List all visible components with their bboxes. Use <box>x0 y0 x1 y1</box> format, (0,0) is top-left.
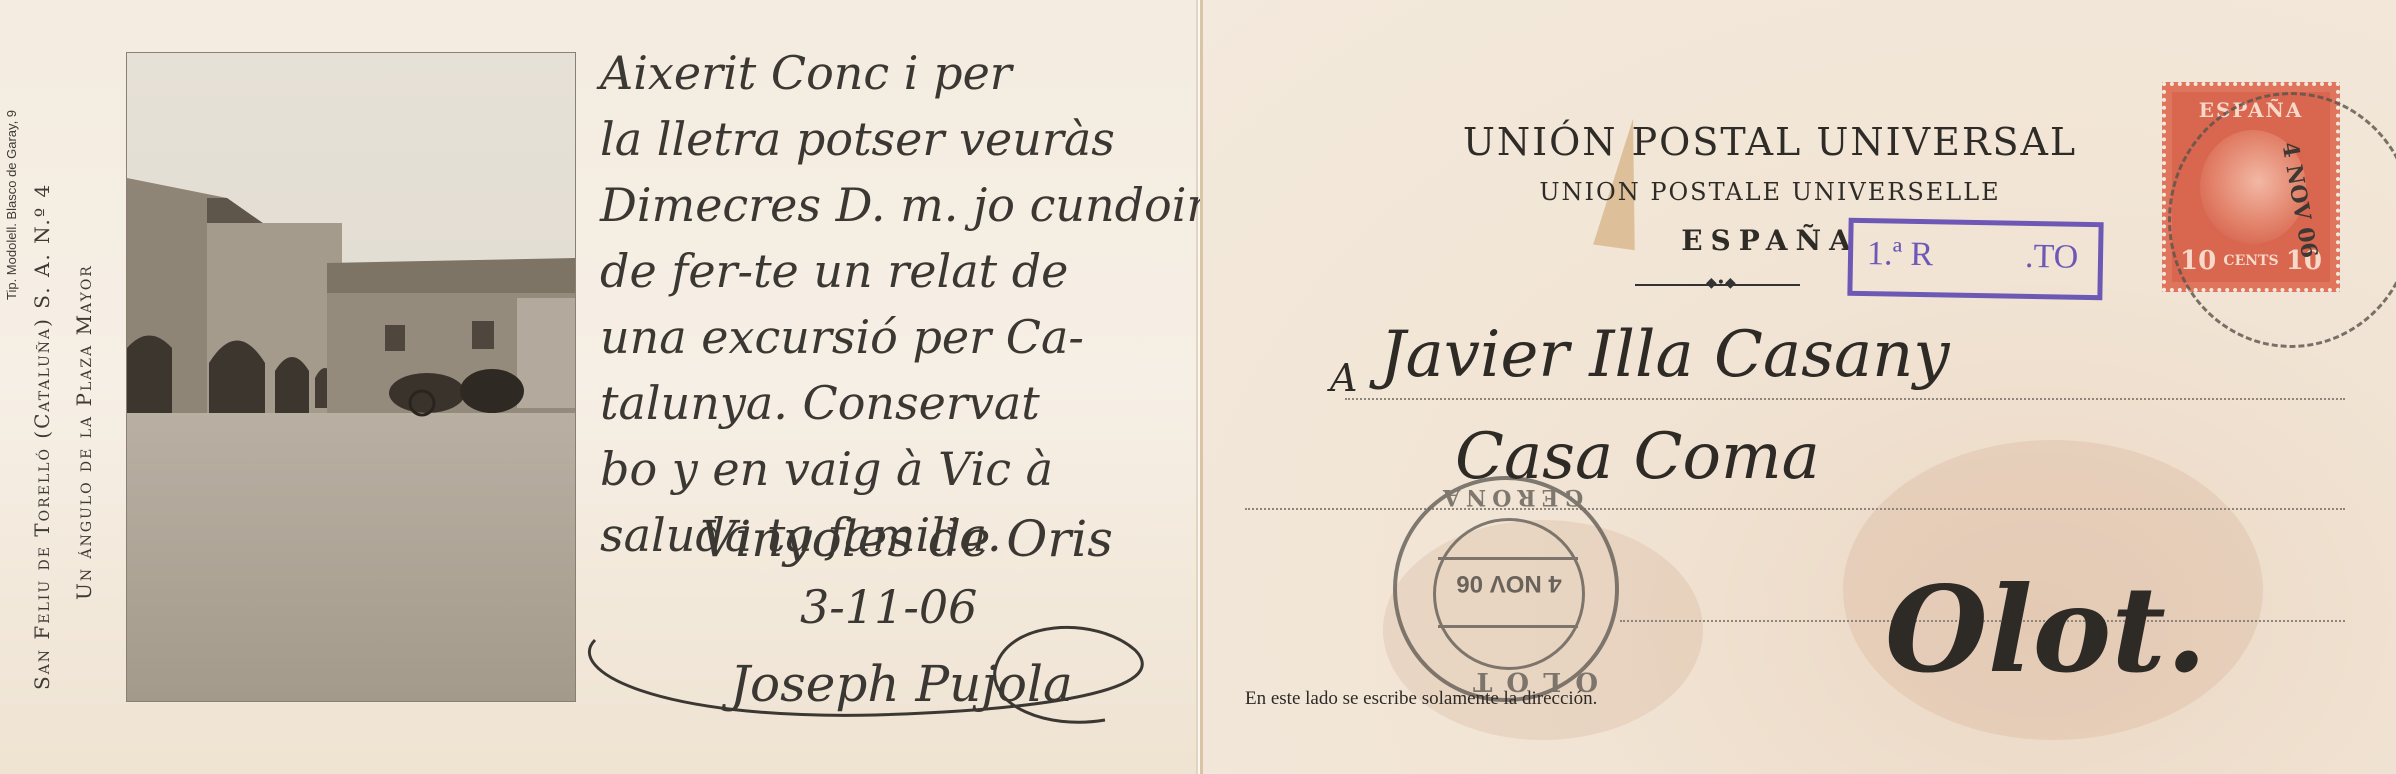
message-line: bo y en vaig à Vic à <box>600 436 1208 502</box>
postcard-front: Tip. Modolell. Blasco de Garay, 9 San Fe… <box>0 0 1198 774</box>
message-line: Dimecres D. m. jo cundoir <box>600 172 1208 238</box>
postmark-bar <box>1438 557 1578 560</box>
message-line: la lletra potser veuràs <box>600 106 1208 172</box>
message-line: talunya. Conservat <box>600 370 1208 436</box>
address-side-notice: En este lado se escribe solamente la dir… <box>1245 688 1597 710</box>
header-upu-french: UNION POSTALE UNIVERSELLE <box>1420 178 2120 206</box>
caption-strip: Tip. Modolell. Blasco de Garay, 9 San Fe… <box>0 0 110 774</box>
handwritten-place: Vinyoles de Oris <box>700 510 1113 568</box>
caption-title: Un ángulo de la Plaza Mayor <box>72 264 96 600</box>
message-line: de fer-te un relat de <box>600 238 1208 304</box>
address-line <box>1245 508 2345 510</box>
handwritten-message: Aixerit Conc i per la lletra potser veur… <box>600 40 1208 568</box>
photo-image-icon <box>127 53 575 701</box>
registration-right-text: .TO <box>2025 238 2079 277</box>
printer-credit: Tip. Modolell. Blasco de Garay, 9 <box>4 110 19 300</box>
caption-location: San Feliu de Torelló (Cataluña) S. A. N.… <box>30 183 54 690</box>
address-prefix: A <box>1330 356 1357 400</box>
stamp-cancellation-ring <box>2168 92 2396 348</box>
address-house: Casa Coma <box>1455 420 1820 494</box>
registration-left-text: 1.ª R <box>1867 235 1934 274</box>
handwritten-signature: Joseph Pujola <box>730 655 1073 713</box>
address-recipient: Javier Illa Casany <box>1380 318 1949 392</box>
postmark-olot: GERONA 4 NOV 06 OLOT <box>1393 476 1619 702</box>
postmark-date: 4 NOV 06 <box>1446 569 1572 597</box>
address-town: Olot. <box>1885 560 2207 699</box>
postmark-bar <box>1438 625 1578 628</box>
registration-handstamp: 1.ª R .TO <box>1847 218 2103 300</box>
header-upu-spanish: UNIÓN POSTAL UNIVERSAL <box>1420 120 2120 164</box>
plaza-photograph <box>126 52 576 702</box>
divider-ornament-icon: ◆•◆ <box>1706 275 1736 291</box>
address-line <box>1345 398 2345 400</box>
message-line: Aixerit Conc i per <box>600 40 1208 106</box>
message-line: una excursió per Ca- <box>600 304 1208 370</box>
